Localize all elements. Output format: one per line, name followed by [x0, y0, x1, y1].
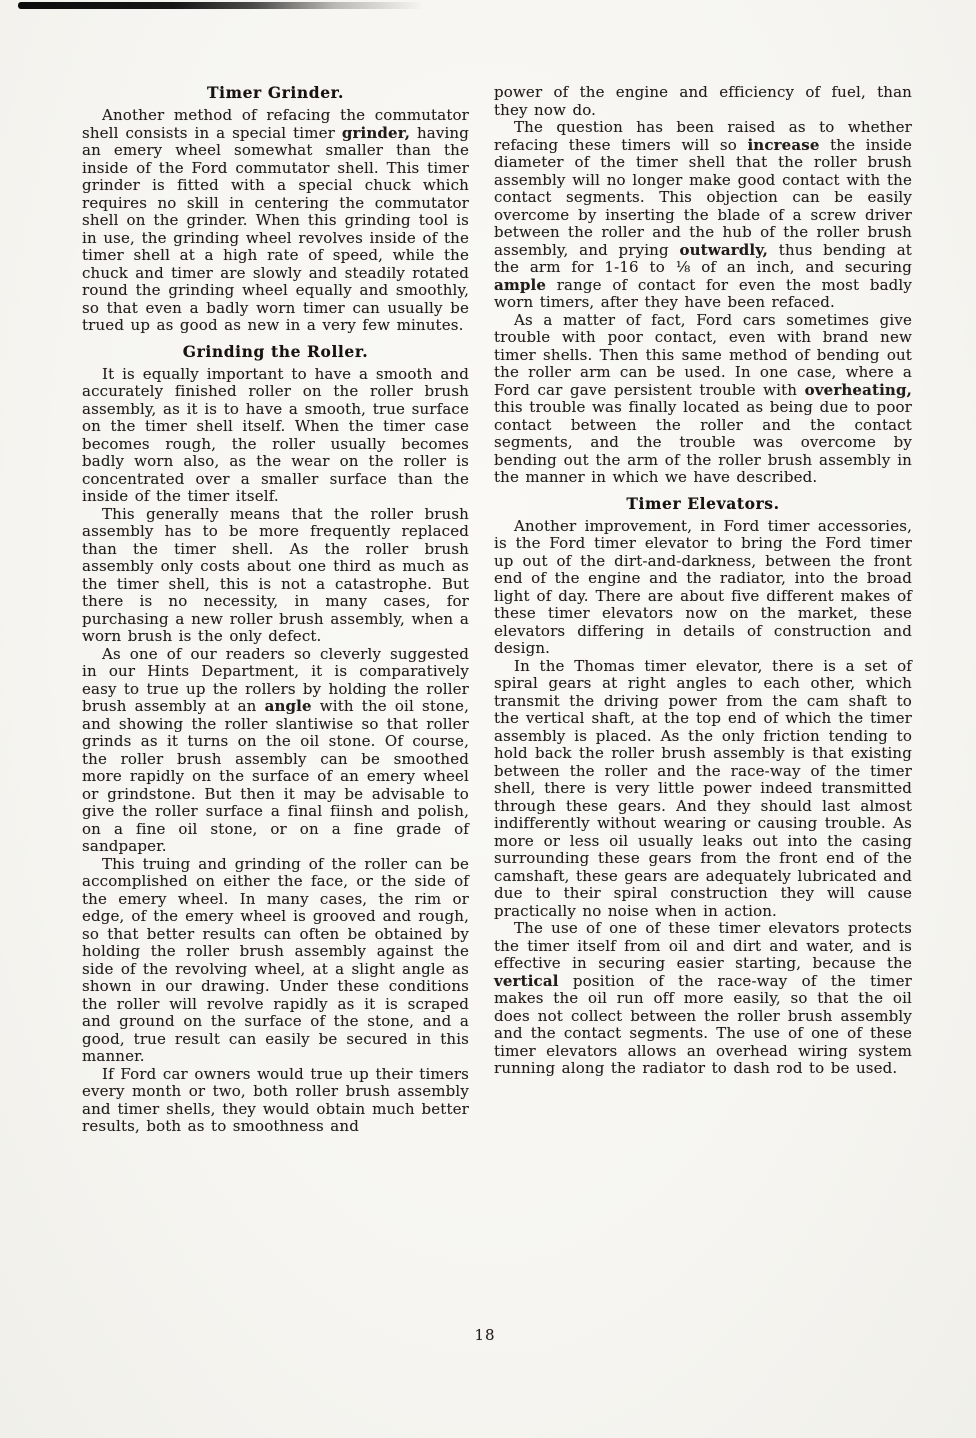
- paragraph: As one of our readers so cleverly sugges…: [82, 646, 469, 856]
- emphasized-text: increase: [747, 136, 819, 154]
- paragraph: As a matter of fact, Ford cars sometimes…: [494, 312, 912, 487]
- right-column: power of the engine and efficiency of fu…: [494, 84, 912, 1078]
- emphasized-text: overheating,: [805, 381, 912, 399]
- paragraph: power of the engine and efficiency of fu…: [494, 84, 912, 119]
- scanned-document-page: Timer Grinder.Another method of refacing…: [0, 0, 976, 1438]
- emphasized-text: vertical: [494, 972, 559, 990]
- body-text: power of the engine and efficiency of fu…: [494, 83, 912, 119]
- body-text: this trouble was finally located as bein…: [494, 398, 912, 486]
- body-text: The use of one of these timer elevators …: [494, 919, 912, 972]
- paragraph: In the Thomas timer elevator, there is a…: [494, 658, 912, 921]
- scan-artifact-streak: [18, 2, 424, 9]
- left-column: Timer Grinder.Another method of refacing…: [82, 84, 469, 1136]
- emphasized-text: grinder,: [342, 124, 410, 142]
- emphasized-text: ample: [494, 276, 546, 294]
- paragraph: If Ford car owners would true up their t…: [82, 1066, 469, 1136]
- body-text: This truing and grinding of the roller c…: [82, 855, 469, 1066]
- page-number: 18: [430, 1326, 540, 1344]
- text-columns: Timer Grinder.Another method of refacing…: [82, 84, 912, 1136]
- paragraph: Another method of refacing the commutato…: [82, 107, 469, 335]
- body-text: In the Thomas timer elevator, there is a…: [494, 657, 912, 920]
- paragraph: This generally means that the roller bru…: [82, 506, 469, 646]
- section-heading: Timer Elevators.: [494, 495, 912, 513]
- body-text: It is equally important to have a smooth…: [82, 365, 469, 506]
- body-text: having an emery wheel somewhat smaller t…: [82, 124, 469, 335]
- emphasized-text: outwardly,: [679, 241, 768, 259]
- body-text: If Ford car owners would true up their t…: [82, 1065, 469, 1136]
- emphasized-text: angle: [265, 697, 312, 715]
- body-text: range of contact for even the most badly…: [494, 276, 912, 312]
- section-heading: Timer Grinder.: [82, 84, 469, 102]
- paragraph: The use of one of these timer elevators …: [494, 920, 912, 1078]
- paragraph: The question has been raised as to wheth…: [494, 119, 912, 312]
- paragraph: Another improvement, in Ford timer acces…: [494, 518, 912, 658]
- body-text: with the oil stone, and showing the roll…: [82, 697, 469, 855]
- body-text: This generally means that the roller bru…: [82, 505, 469, 646]
- paragraph: It is equally important to have a smooth…: [82, 366, 469, 506]
- section-heading: Grinding the Roller.: [82, 343, 469, 361]
- body-text: Another improvement, in Ford timer acces…: [494, 517, 912, 658]
- paragraph: This truing and grinding of the roller c…: [82, 856, 469, 1066]
